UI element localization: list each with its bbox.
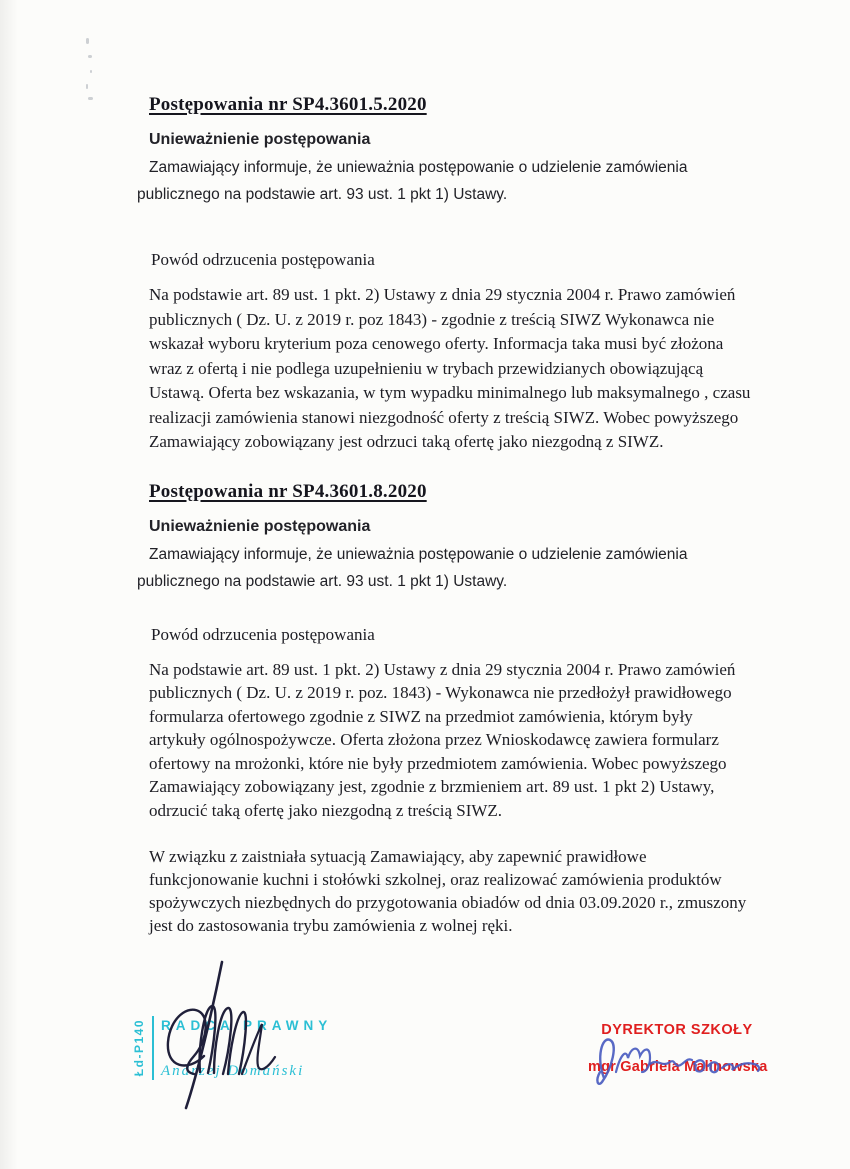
rejection-reason-paragraph: Na podstawie art. 89 ust. 1 pkt. 2) Usta… xyxy=(149,283,752,455)
annulment-paragraph: Zamawiający informuje, że unieważnia pos… xyxy=(137,541,752,595)
legal-counsel-signature-ink xyxy=(148,960,298,1112)
stamp-code: Łd-P140 xyxy=(133,1019,145,1076)
document-body: Postępowania nr SP4.3601.5.2020 Unieważn… xyxy=(137,94,752,937)
scan-artifact xyxy=(88,55,92,58)
procedure-section-5-2020: Postępowania nr SP4.3601.5.2020 Unieważn… xyxy=(137,94,752,455)
scan-artifact xyxy=(86,84,88,89)
rejection-reason-heading: Powód odrzucenia postępowania xyxy=(151,250,752,270)
scan-artifact xyxy=(90,70,92,73)
signature-area: Łd-P140 RADCA PRAWNY Andrzej Domański DY… xyxy=(0,958,850,1169)
rejection-reason-paragraph: Na podstawie art. 89 ust. 1 pkt. 2) Usta… xyxy=(149,658,752,823)
director-signature-ink xyxy=(592,1028,764,1090)
rejection-reason-heading: Powód odrzucenia postępowania xyxy=(151,625,752,645)
procedure-heading: Postępowania nr SP4.3601.8.2020 xyxy=(149,481,752,503)
closing-paragraph: W związku z zaistniała sytuacją Zamawiaj… xyxy=(149,845,752,937)
scanned-document-page: Postępowania nr SP4.3601.5.2020 Unieważn… xyxy=(0,0,850,1169)
procedure-section-8-2020: Postępowania nr SP4.3601.8.2020 Unieważn… xyxy=(137,481,752,938)
procedure-heading: Postępowania nr SP4.3601.5.2020 xyxy=(149,94,752,116)
scan-artifact xyxy=(88,97,93,100)
annulment-paragraph: Zamawiający informuje, że unieważnia pos… xyxy=(137,154,752,208)
annulment-heading: Unieważnienie postępowania xyxy=(149,131,752,149)
scan-artifact xyxy=(86,38,89,44)
annulment-heading: Unieważnienie postępowania xyxy=(149,518,752,536)
